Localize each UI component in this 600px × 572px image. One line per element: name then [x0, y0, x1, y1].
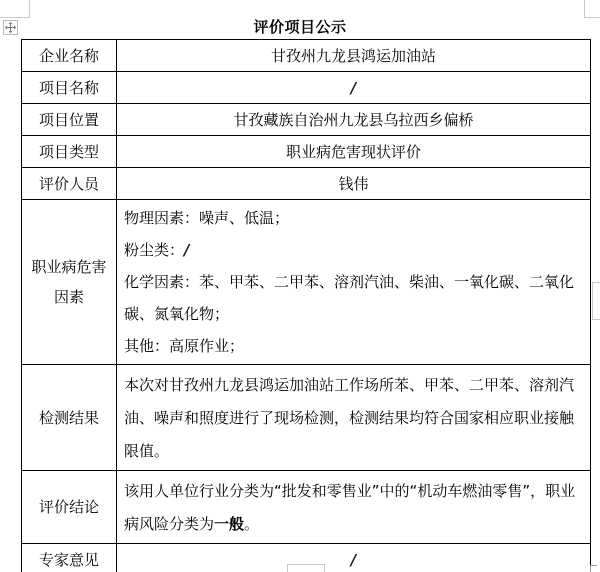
label-company-name: 企业名称: [22, 40, 117, 72]
document-title: 评价项目公示: [0, 17, 600, 37]
slash-placeholder: /: [351, 551, 356, 569]
table-row-detection: 检测结果 本次对甘孜州九龙县鸿运加油站工作场所苯、甲苯、二甲苯、溶剂汽油、噪声和…: [22, 365, 591, 471]
table-row: 企业名称 甘孜州九龙县鸿运加油站: [22, 40, 591, 72]
hazard-dust: 粉尘类：/: [124, 234, 584, 266]
label-conclusion: 评价结论: [22, 471, 117, 544]
conclusion-suffix: 。: [244, 515, 259, 533]
page-corner-mark: [584, 0, 600, 18]
hazard-chemical: 化学因素：苯、甲苯、二甲苯、溶剂汽油、柴油、一氧化碳、二氧化碳、氮氧化物；: [124, 266, 584, 330]
label-evaluator: 评价人员: [22, 168, 117, 200]
table-row: 项目名称 /: [22, 72, 591, 104]
value-project-type: 职业病危害现状评价: [117, 136, 591, 168]
conclusion-text: 该用人单位行业分类为“批发和零售业”中的“机动车燃油零售”，职业病风险分类为一般…: [124, 473, 584, 541]
value-conclusion: 该用人单位行业分类为“批发和零售业”中的“机动车燃油零售”，职业病风险分类为一般…: [117, 471, 591, 544]
value-hazard-factors: 物理因素：噪声、低温； 粉尘类：/ 化学因素：苯、甲苯、二甲苯、溶剂汽油、柴油、…: [117, 200, 591, 365]
slash-placeholder: /: [351, 79, 356, 97]
table-row: 评价人员 钱伟: [22, 168, 591, 200]
value-company-name: 甘孜州九龙县鸿运加油站: [117, 40, 591, 72]
label-project-type: 项目类型: [22, 136, 117, 168]
table-row-conclusion: 评价结论 该用人单位行业分类为“批发和零售业”中的“机动车燃油零售”，职业病风险…: [22, 471, 591, 544]
label-hazard-factors: 职业病危害 因素: [22, 200, 117, 365]
bottom-marker: [287, 564, 325, 572]
table-resize-handle[interactable]: [590, 565, 597, 572]
value-project-location: 甘孜藏族自治州九龙县乌拉西乡偏桥: [117, 104, 591, 136]
evaluation-table: 企业名称 甘孜州九龙县鸿运加油站 项目名称 / 项目位置 甘孜藏族自治州九龙县乌…: [21, 39, 591, 572]
conclusion-prefix: 该用人单位行业分类为“批发和零售业”中的“机动车燃油零售”，职业病风险分类为: [124, 482, 575, 533]
label-project-location: 项目位置: [22, 104, 117, 136]
value-project-name: /: [117, 72, 591, 104]
table-row: 项目位置 甘孜藏族自治州九龙县乌拉西乡偏桥: [22, 104, 591, 136]
hazard-other: 其他：高原作业；: [124, 330, 584, 362]
label-expert-opinion: 专家意见: [22, 544, 117, 572]
label-detection-results: 检测结果: [22, 365, 117, 471]
table-row: 项目类型 职业病危害现状评价: [22, 136, 591, 168]
detection-text: 本次对甘孜州九龙县鸿运加油站工作场所苯、甲苯、二甲苯、溶剂汽油、噪声和照度进行了…: [124, 367, 584, 468]
label-line: 因素: [22, 282, 116, 312]
table-row-hazards: 职业病危害 因素 物理因素：噪声、低温； 粉尘类：/ 化学因素：苯、甲苯、二甲苯…: [22, 200, 591, 365]
value-expert-opinion: /: [117, 544, 591, 572]
page-corner-mark: [0, 0, 30, 18]
hazard-dust-label: 粉尘类：: [124, 241, 184, 259]
hazard-physical: 物理因素：噪声、低温；: [124, 202, 584, 234]
slash-placeholder: /: [184, 241, 189, 259]
value-detection-results: 本次对甘孜州九龙县鸿运加油站工作场所苯、甲苯、二甲苯、溶剂汽油、噪声和照度进行了…: [117, 365, 591, 471]
label-project-name: 项目名称: [22, 72, 117, 104]
side-marker: [592, 282, 600, 320]
risk-level: 一般: [214, 515, 244, 533]
label-line: 职业病危害: [22, 252, 116, 282]
value-evaluator: 钱伟: [117, 168, 591, 200]
